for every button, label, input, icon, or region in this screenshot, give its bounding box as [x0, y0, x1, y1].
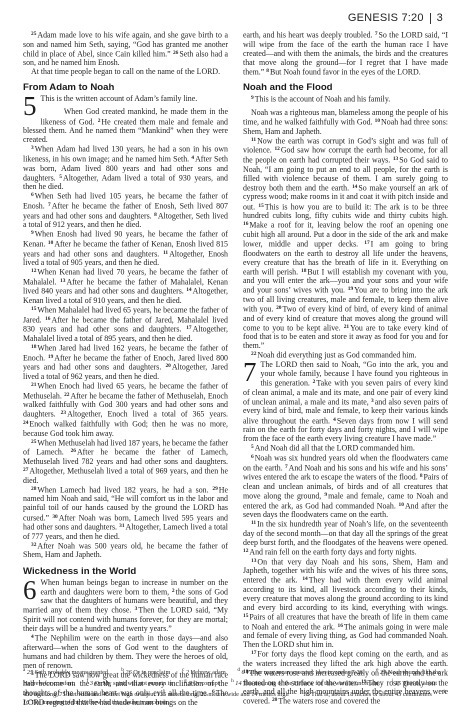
- chapter-6-start: 6When human beings began to increase in …: [23, 578, 228, 633]
- footnotes: a 25 Seth probably means granted. b 26 O…: [23, 666, 448, 707]
- chapter-7-start: 7The LORD then said to Noah, “Go into th…: [243, 360, 448, 443]
- page-number: 3: [437, 12, 443, 24]
- two-column-text: 25Adam made love to his wife again, and …: [23, 30, 448, 707]
- footnote: h 14 The meaning of the Hebrew for this …: [231, 680, 380, 687]
- verse-paragraph: When God created mankind, he made them i…: [23, 107, 228, 144]
- verse-paragraph: 13On that very day Noah and his sons, Sh…: [243, 557, 448, 650]
- chapter-number: 6: [23, 579, 37, 601]
- verse-paragraph: 25When Methuselah had lived 187 years, h…: [23, 438, 228, 485]
- verse-paragraph: 6When Seth had lived 105 years, he becam…: [23, 191, 228, 229]
- verse-paragraph: 9When Enosh had lived 90 years, he becam…: [23, 229, 228, 267]
- section-heading: Noah and the Flood: [243, 82, 448, 93]
- section-heading: From Adam to Noah: [23, 82, 228, 93]
- header-divider: [430, 13, 431, 24]
- verse-paragraph: 5And Noah did all that the LORD commande…: [243, 443, 448, 453]
- verse-paragraph: 6Noah was six hundred years old when the…: [243, 453, 448, 519]
- verse-paragraph: 22Noah did everything just as God comman…: [243, 350, 448, 360]
- verse-paragraph: 11Now the earth was corrupt in God’s sig…: [243, 136, 448, 351]
- section-heading: Wickedness in the World: [23, 566, 228, 577]
- chapter-number: 7: [243, 361, 257, 383]
- chapter-number: 5: [23, 95, 37, 117]
- chapter-reference: GENESIS 7:20: [348, 12, 424, 24]
- verse-paragraph: Noah was a righteous man, blameless amon…: [243, 108, 448, 136]
- verse-paragraph: 25Adam made love to his wife again, and …: [23, 30, 228, 67]
- footnote: d 6 Father may mean ancestor; also in ve…: [237, 669, 364, 676]
- footnote: c 2 Hebrew adam: [182, 669, 226, 676]
- verse-paragraph: At that time people began to call on the…: [23, 67, 228, 76]
- verse-paragraph: 32After Noah was 500 years old, he becam…: [23, 541, 228, 560]
- footnote: f 3 Or My spirit will not remain in: [87, 680, 173, 687]
- verse-paragraph: 18When Jared had lived 162 years, he bec…: [23, 343, 228, 381]
- verse-paragraph: 15When Mahalalel had lived 65 years, he …: [23, 305, 228, 343]
- running-header: GENESIS 7:20 3: [348, 12, 443, 24]
- footnote: g 3 Or corrupt: [184, 680, 219, 687]
- left-column: 25Adam made love to his wife again, and …: [23, 30, 228, 707]
- verse-paragraph: 28When Lamech had lived 182 years, he ha…: [23, 485, 228, 541]
- verse-paragraph: 12When Kenan had lived 70 years, he beca…: [23, 267, 228, 305]
- right-column: earth, and his heart was deeply troubled…: [243, 30, 448, 707]
- footnote: j 16 That is, about 18 inches or about 4…: [300, 691, 432, 698]
- verse-paragraph: earth, and his heart was deeply troubled…: [243, 30, 448, 76]
- verse-paragraph: 21When Enoch had lived 65 years, he beca…: [23, 381, 228, 438]
- chapter-5-start: 5This is the written account of Adam’s f…: [23, 94, 228, 103]
- footnote: b 26 Or to proclaim: [121, 669, 170, 676]
- verse-paragraph: 11In the six hundredth year of Noah’s li…: [243, 519, 448, 556]
- verse-paragraph: 3When Adam had lived 130 years, he had a…: [23, 144, 228, 191]
- footnote: a 25 Seth probably means granted.: [23, 669, 110, 676]
- verse-paragraph: 4The Nephilim were on the earth in those…: [23, 633, 228, 670]
- verse-paragraph: 9This is the account of Noah and his fam…: [243, 94, 448, 104]
